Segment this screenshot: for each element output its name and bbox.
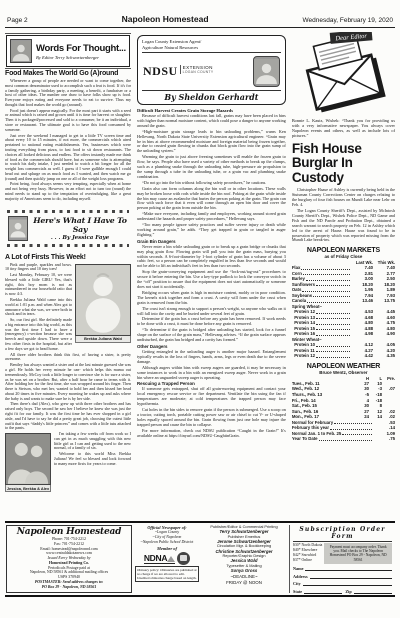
dot-leader [316,318,350,319]
paragraph: Christopher Haase of Ashley is currently… [292,188,395,208]
ndsu-logo-text: NDSU [143,64,178,79]
dot-leader [334,423,372,424]
weather-observer: Bruce Wentz, Observer [292,370,395,375]
dot-leader [342,434,372,435]
grain-article-body-2: Never enter a bin while unloading grain … [137,245,286,343]
summary-value: .75 [373,436,395,442]
family-photo-figure: Jessica, Brekka & Alex [5,433,51,492]
paragraph: All three older brothers think this firs… [5,353,131,363]
form-field-city: City [293,581,392,586]
logan-county-logo-text: LOGAN COUNTY [183,70,214,74]
paragraph: Then there's dad (Alex), who grew up wit… [5,402,131,431]
page-header: Page 2 Napoleon Homestead Wednesday, Feb… [5,4,395,28]
markets-title: NAPOLEON MARKETS [292,247,395,254]
market-commodity: Protein 12 [292,353,315,359]
weather-col-precip: Pre. [382,376,395,381]
dot-leader [313,296,350,297]
subscription-rate: $37* Online [293,558,322,563]
form-field-name: Name [293,566,392,571]
deadline-time: FRIDAY @ NOON [202,580,286,585]
dot-leader [303,274,350,275]
dot-leader [316,329,350,330]
banner-ornament-bottom [7,244,129,247]
grain-article-body-4: If someone gets entrapped, shut off all … [137,387,286,438]
weather-title: NAPOLEON WEATHER [292,363,395,370]
letter-to-editor: Bonnie L. Kautz, Wishek: “Thank you for … [292,118,395,139]
market-last-week: 4.42 [351,353,373,359]
name-label: Name [293,566,303,571]
paragraph: Whenever a group of people are needed or… [5,79,131,108]
masthead-official-box: Official Newspaper of: ~Logan County~Cit… [135,525,199,593]
extension-masthead: Logan County Extension Agent/ Agricultur… [137,35,286,105]
weather-section: NAPOLEON WEATHER Bruce Wentz, Observer H… [292,363,395,442]
editor-photo [10,39,32,63]
city-blank-line [303,585,392,586]
zip-blank-line [354,593,392,594]
ndsu-extension-logo: NDSU EXTENSION LOGAN COUNTY [143,64,213,79]
words-for-thought-byline: By Editor Terry Schwartzenberger [36,55,126,60]
dot-leader [316,351,350,352]
paragraph: Bridging occurs when grain is high in mo… [137,291,286,306]
staff-entry: Typesetter & Mailing Sonya Gross [202,564,286,574]
grain-article-body-3: Getting entangled in the unloading auger… [137,350,286,380]
weather-summary: Normal for February .53 February this ye… [292,420,395,442]
subscription-title: Subscription Order Form [293,526,392,542]
dot-leader [301,269,350,270]
obituary-policy: Obituary policy: Obituaries are publishe… [135,566,199,582]
column-left: Words For Thought... By Editor Terry Sch… [5,32,131,514]
official-item: ~Napoleon Public School District [135,540,199,545]
paragraph: Stop the grain-conveying equipment and u… [137,270,286,290]
dot-leader [316,346,350,347]
masthead-contact-box: Napoleon Homestead Phone: 701-754-2212 F… [6,525,132,593]
subscription-form: Subscription Order Form $30* North Dakot… [289,525,394,593]
dear-editor-icon: Dear Editor [292,32,395,116]
masthead-staff-box: Publisher/Editor & Commercial Printing T… [202,525,286,593]
staff-name: Sonya Gross [202,568,286,573]
firsts-article-headline: A Lot of Firsts This Week! [5,254,131,261]
subscription-rates: $30* North Dakota$40* Elsewhere$42* Snow… [293,543,322,564]
newspaper-page: Page 2 Napoleon Homestead Wednesday, Feb… [0,0,400,514]
market-this-week: 4.90 [373,331,395,337]
words-for-thought-title: Words For Thought... [36,43,126,54]
paragraph: “Too many people ignore safety practices… [137,223,286,238]
extension-header-line2: Agriculture Natural Resources [142,45,281,51]
dot-leader [316,285,350,286]
market-last-week: 4.98 [351,331,373,337]
paragraph: Never enter a bin while unloading grain … [137,245,286,270]
family-photo-caption: Jessica, Brekka & Alex [5,485,51,492]
official-newspaper-list: ~Logan County~City of Napoleon~Napoleon … [135,530,199,545]
market-last-week: 13.46 [351,298,373,304]
paragraph: “To determine if the grain is bridged af… [137,328,286,343]
weather-precip: .07 [382,386,395,392]
heres-what-byline: . . . By Jessica Faye [32,235,128,241]
markets-table: Flax 7.40 7.40 Corn 2.81 2.77 Barley [292,265,395,359]
issue-date: Wednesday, February 19, 2020 [303,17,393,24]
dot-leader [330,429,372,430]
paragraph: Bentley has always wanted a sister and a… [5,363,131,401]
dot-leader [319,440,372,441]
agent-photo [253,56,280,87]
ndna-logo-triangle [167,556,175,562]
banner-ornament-top [7,210,129,213]
city-label: City [293,581,301,586]
address-blank-line [310,578,392,579]
grain-article-body-1: Because of difficult harvest conditions … [137,114,286,238]
paragraph: Food just doesn't appear magically. For … [5,109,131,133]
dear-editor-graphic: Dear Editor [292,32,395,116]
baby-photo [75,264,131,336]
paragraph: Warming the grain to just above freezing… [137,155,286,180]
staff-list: Publisher/Editor & Commercial Printing T… [202,525,286,573]
summary-label: Year To Date [292,436,318,442]
paragraph: Grain also can form columns along the bi… [137,187,286,212]
heres-what-title: Here's What I Have To Say [32,216,128,234]
grain-subhead-dangers: Grain Bin Dangers [137,239,286,244]
family-photo [5,433,51,485]
column-middle: Logan County Extension Agent/ Agricultur… [137,32,286,514]
dot-leader [316,313,350,314]
zip-label: Zip [345,589,351,594]
heres-what-banner: Here's What I Have To Say . . . By Jessi… [5,206,131,251]
paragraph: If someone gets entrapped, shut off all … [137,387,286,407]
weather-table: Tues., Feb. 11 27 10 Wed., Feb. 12 30 -3… [292,381,395,420]
masthead-paper-name: Napoleon Homestead [9,527,129,537]
dot-leader [302,291,350,292]
paragraph: Although augers within bins with sweep a… [137,366,286,381]
dot-leader [307,302,350,303]
paragraph: Because of difficult harvest conditions … [137,114,286,129]
paragraph: For more information, check out NDSU pub… [137,429,286,439]
market-this-week: 13.75 [373,298,395,304]
dot-leader [316,324,350,325]
fish-house-headline: Fish House Burglar In Custody [292,142,372,186]
fish-house-body: Christopher Haase of Ashley is currently… [292,188,395,243]
address-label: Address [293,574,308,579]
dot-leader [316,357,350,358]
paragraph: Determine if the grain has a crust befor… [137,317,286,327]
paper-name: Napoleon Homestead [122,14,209,24]
food-article-body: Whenever a group of people are needed or… [5,79,131,202]
paragraph: The Logan County Sheriff's Dept., assist… [292,209,395,243]
payment-note: Payment must accompany order. Thank you.… [324,543,392,564]
dot-leader [306,280,350,281]
state-label: State [293,589,302,594]
weather-high: 24 [356,414,369,420]
paragraph: The crust isn't strong enough to support… [137,307,286,317]
paragraph: “Make sure everyone, including family an… [137,212,286,222]
baby-photo-figure: Brekka Juliana Wald [75,264,131,343]
member-seal-icon [177,552,190,565]
form-field-address: Address [293,574,392,579]
extension-byline: By Sheldon Gerhardt [142,90,281,102]
name-blank-line [305,570,392,571]
baby-photo-caption: Brekka Juliana Wald [75,336,131,343]
markets-subtitle: as of Friday Close [292,254,395,259]
words-for-thought-masthead: Words For Thought... By Editor Terry Sch… [6,35,130,67]
dot-leader [316,335,350,336]
paragraph: Point being, food always seems very temp… [5,182,131,201]
paragraph: “High-moisture grain storage leads to bi… [137,130,286,155]
column-right: Dear Editor Bonnie L. Kautz, Wishek: “Th… [292,32,395,514]
markets-section: NAPOLEON MARKETS as of Friday Close Last… [292,247,395,359]
page-number: Page 2 [7,17,28,24]
member-of-label: Member of [135,546,199,551]
market-this-week: 4.35 [373,353,395,359]
form-field-state-zip: State Zip [293,589,392,594]
ndna-logo: NDNA [144,553,175,564]
newspaper-masthead: Napoleon Homestead Phone: 701-754-2212 F… [5,521,395,597]
columnist-photo [8,216,28,241]
market-row: Protein 12 4.42 4.35 [292,353,395,359]
paragraph: Getting entangled in the unloading auger… [137,350,286,365]
paragraph: Cut holes in the bin sides to remove gra… [137,408,286,428]
paragraph: Just over the weekend I managed to get i… [5,134,131,182]
paragraph: “Do not go into the bin without followin… [137,181,286,186]
deadline-label: ~DEADLINE~ [202,574,286,579]
weather-summary-row: Year To Date .75 [292,436,395,442]
food-article-headline: Food Makes The World Go (A)round [5,70,131,77]
state-blank-line [304,593,342,594]
masthead-postmaster2: PO Box 29 - Napoleon, ND 58561 [9,585,129,590]
